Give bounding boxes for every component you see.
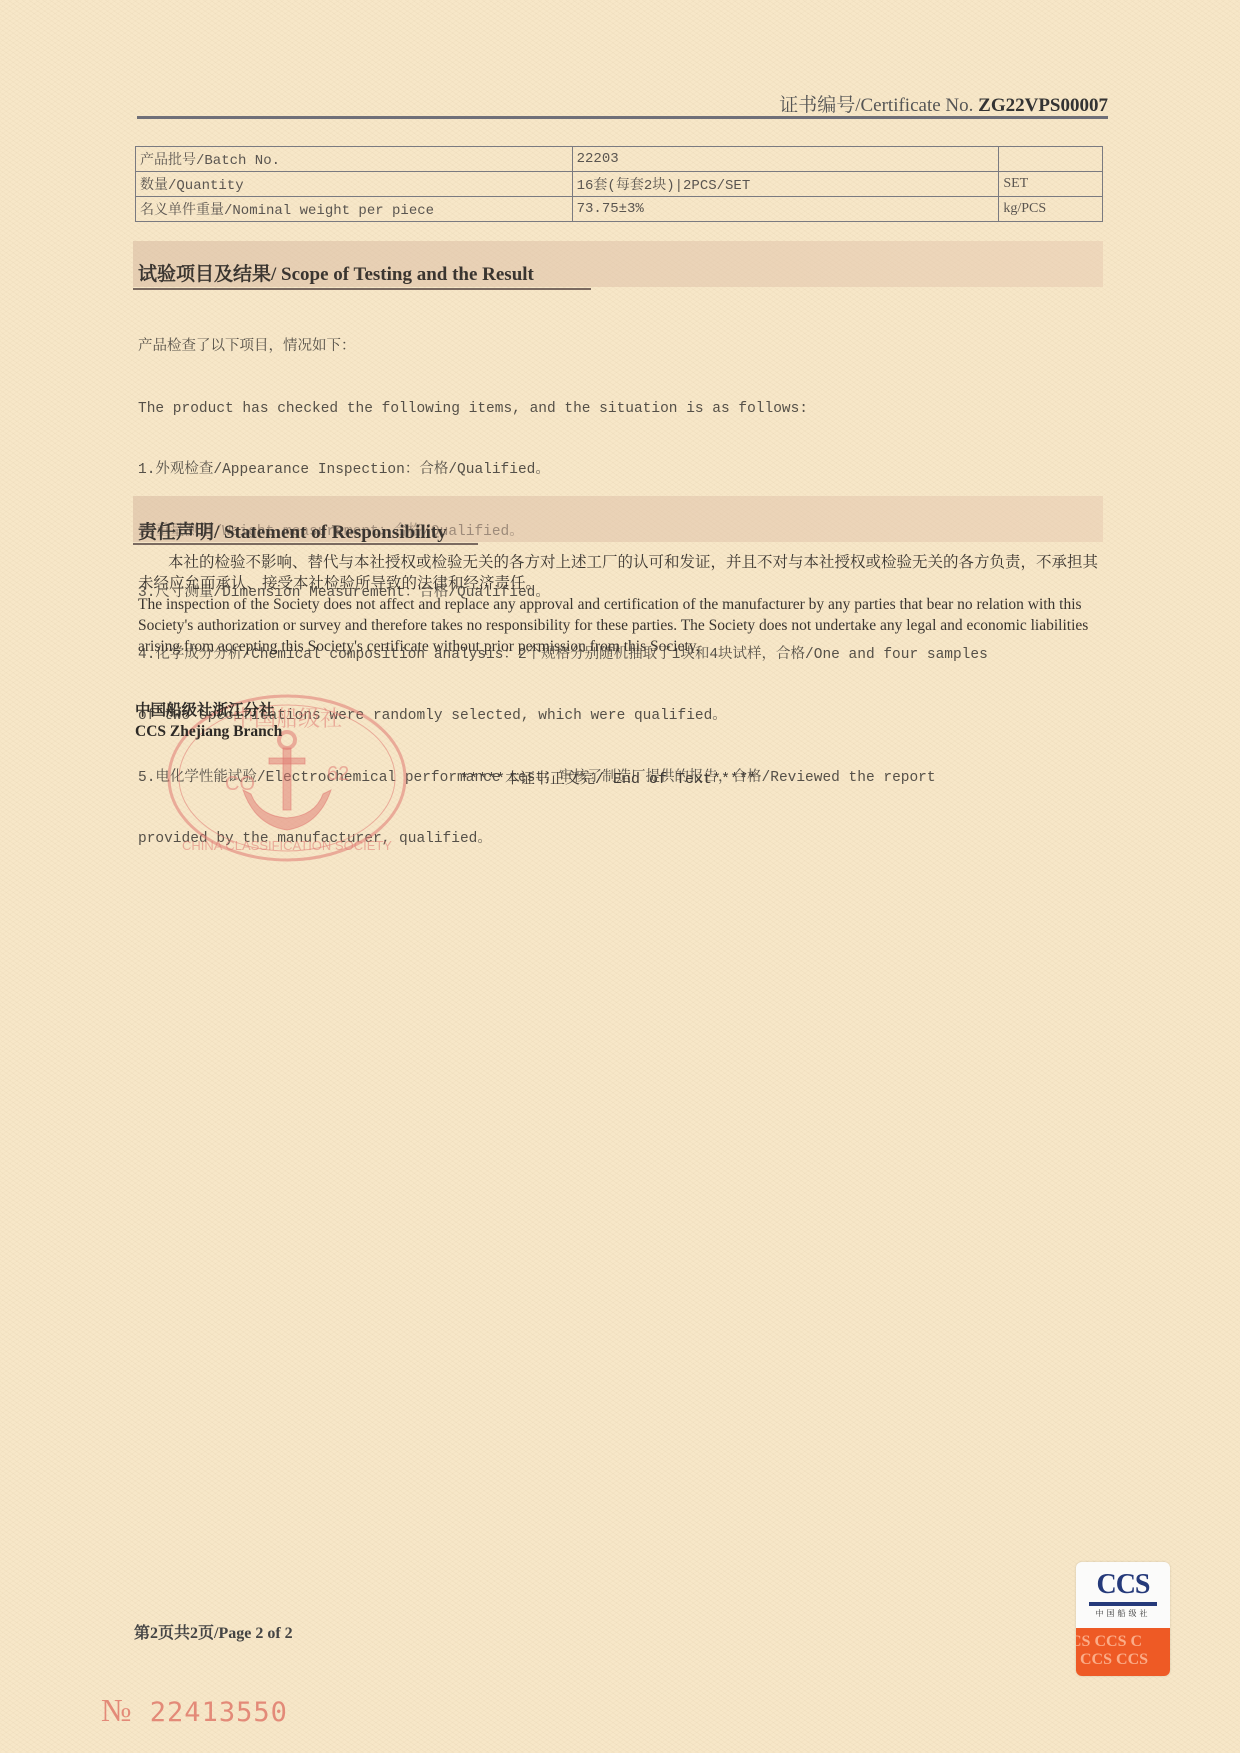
weight-unit: kg/PCS — [999, 197, 1103, 222]
table-row: 名义单件重量/Nominal weight per piece 73.75±3%… — [136, 197, 1103, 222]
quantity-unit: SET — [999, 172, 1103, 197]
scope-item-appearance: 1.外观检查/Appearance Inspection：合格/Qualifie… — [138, 460, 988, 481]
scope-heading-underline — [133, 288, 591, 290]
issuing-branch: 中国船级社浙江分社 CCS Zhejiang Branch — [135, 700, 282, 742]
batch-label: 产品批号/Batch No. — [136, 147, 573, 172]
quantity-label: 数量/Quantity — [136, 172, 573, 197]
scope-intro-cn: 产品检查了以下项目，情况如下： — [138, 337, 988, 358]
quantity-value: 16套(每套2块)|2PCS/SET — [572, 172, 999, 197]
stamp-left-code: CO — [225, 773, 255, 795]
weight-label: 名义单件重量/Nominal weight per piece — [136, 197, 573, 222]
stamp-bottom-text: CHINA CLASSIFICATION SOCIETY — [182, 838, 392, 853]
ccs-subtitle-cn: 中国船级社 — [1076, 1608, 1170, 1619]
branch-name-cn: 中国船级社浙江分社 — [135, 700, 282, 721]
ccs-label-pattern: CS CCS C CCS CCS — [1076, 1628, 1170, 1676]
serial-digits: 22413550 — [150, 1697, 288, 1728]
numero-sign: № — [101, 1692, 133, 1728]
end-of-text-marker: *****本证书正文完/ End of Text***** — [460, 767, 757, 788]
certificate-label: 证书编号/Certificate No. — [779, 95, 973, 116]
scope-intro-en: The product has checked the following it… — [138, 399, 988, 420]
certificate-number: ZG22VPS00007 — [978, 95, 1108, 116]
batch-value: 22203 — [572, 147, 999, 172]
scope-heading: 试验项目及结果/ Scope of Testing and the Result — [138, 259, 534, 286]
table-row: 数量/Quantity 16套(每套2块)|2PCS/SET SET — [136, 172, 1103, 197]
serial-number: № 22413550 — [101, 1692, 288, 1729]
anchor-icon — [243, 732, 331, 830]
ccs-logo-strip — [1089, 1602, 1157, 1606]
responsibility-text-en: The inspection of the Society does not a… — [138, 594, 1098, 657]
responsibility-heading: 责任声明/ Statement of Responsibility — [138, 517, 447, 544]
branch-name-en: CCS Zhejiang Branch — [135, 721, 282, 742]
ccs-logo: CCS — [1076, 1562, 1170, 1599]
ccs-pattern-line: CS CCS C — [1076, 1633, 1170, 1651]
stamp-right-code: 62 — [327, 763, 349, 785]
product-info-table: 产品批号/Batch No. 22203 数量/Quantity 16套(每套2… — [135, 146, 1103, 222]
ccs-security-label: CCS 中国船级社 CS CCS C CCS CCS — [1076, 1562, 1170, 1676]
batch-unit — [999, 147, 1103, 172]
weight-value: 73.75±3% — [572, 197, 999, 222]
ccs-pattern-line: CCS CCS — [1080, 1651, 1170, 1669]
table-row: 产品批号/Batch No. 22203 — [136, 147, 1103, 172]
responsibility-text-cn: 本社的检验不影响、替代与本社授权或检验无关的各方对上述工厂的认可和发证，并且不对… — [138, 552, 1098, 594]
certificate-number-header: 证书编号/Certificate No. ZG22VPS00007 — [640, 90, 1108, 117]
ccs-label-top: CCS 中国船级社 — [1076, 1562, 1170, 1628]
responsibility-body: 本社的检验不影响、替代与本社授权或检验无关的各方对上述工厂的认可和发证，并且不对… — [138, 552, 1098, 657]
responsibility-heading-underline — [133, 543, 478, 545]
page-indicator: 第2页共2页/Page 2 of 2 — [134, 1620, 293, 1643]
header-divider — [137, 116, 1108, 119]
